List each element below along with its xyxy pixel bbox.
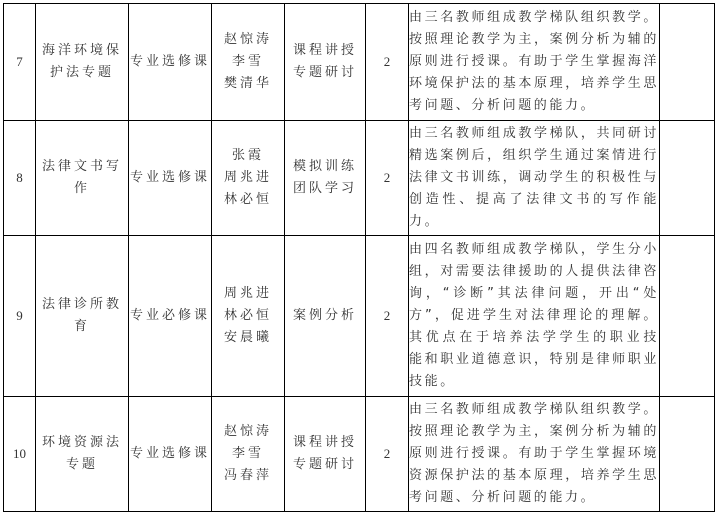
teaching-method: 课程讲授 <box>285 40 365 62</box>
teaching-method: 专题研讨 <box>285 454 365 476</box>
course-name-cell: 法律文书写 作 <box>36 121 129 236</box>
teacher-name: 李雪 <box>212 443 284 465</box>
credit: 2 <box>366 121 409 236</box>
description-line: 其优点在于培养法学学生的职业技 <box>409 327 659 349</box>
teaching-method: 专题研讨 <box>285 62 365 84</box>
course-name: 海洋环境保 <box>36 40 128 62</box>
course-name: 护法专题 <box>36 62 128 84</box>
description-cell: 由三名教师组成教学梯队，共同研讨 精选案例后，组织学生通过案情进行 法律文书训练… <box>409 121 660 236</box>
course-name-cell: 法律诊所教 育 <box>36 236 129 397</box>
course-name-cell: 环境资源法 专题 <box>36 397 129 512</box>
course-name: 作 <box>36 178 128 200</box>
description-line: 由三名教师组成教学梯队组织教学。 <box>409 7 659 29</box>
teaching-method: 案例分析 <box>285 305 365 327</box>
note-cell <box>660 121 715 236</box>
teacher-name: 樊清华 <box>212 73 284 95</box>
teaching-method-cell: 案例分析 <box>285 236 366 397</box>
course-name: 环境资源法 <box>36 432 128 454</box>
teacher-name: 周兆进 <box>212 283 284 305</box>
teaching-method: 团队学习 <box>285 178 365 200</box>
description-line: 考问题、分析问题的能力。 <box>409 487 659 509</box>
teachers-cell: 周兆进 林必恒 安晨曦 <box>212 236 285 397</box>
teacher-name: 冯春萍 <box>212 465 284 487</box>
course-type: 专业选修课 <box>129 121 212 236</box>
description-cell: 由四名教师组成教学梯队，学生分小 组，对需要法律援助的人提供法律咨 询，“诊断”… <box>409 236 660 397</box>
description-line: 资源保护法的基本原理，培养学生思 <box>409 465 659 487</box>
description-cell: 由三名教师组成教学梯队组织教学。 按照理论教学为主，案例分析为辅的 原则进行授课… <box>409 4 660 121</box>
row-number: 7 <box>4 4 36 121</box>
teacher-name: 赵惊涛 <box>212 29 284 51</box>
teaching-method-cell: 课程讲授 专题研讨 <box>285 397 366 512</box>
description-line: 由三名教师组成教学梯队，共同研讨 <box>409 123 659 145</box>
teacher-name: 赵惊涛 <box>212 421 284 443</box>
description-line: 原则进行授课。有助于学生掌握环境 <box>409 443 659 465</box>
teacher-name: 林必恒 <box>212 189 284 211</box>
teaching-method-cell: 课程讲授 专题研讨 <box>285 4 366 121</box>
row-number: 8 <box>4 121 36 236</box>
description-line: 询，“诊断”其法律问题，开出“处 <box>409 283 659 305</box>
course-name: 育 <box>36 316 128 338</box>
description-line: 组，对需要法律援助的人提供法律咨 <box>409 261 659 283</box>
description-line: 法律文书训练，调动学生的积极性与 <box>409 167 659 189</box>
table-row: 9 法律诊所教 育 专业必修课 周兆进 林必恒 安晨曦 案例分析 2 由四名教师… <box>4 236 715 397</box>
teacher-name: 李雪 <box>212 51 284 73</box>
note-cell <box>660 236 715 397</box>
description-line: 精选案例后，组织学生通过案情进行 <box>409 145 659 167</box>
description-line: 技能。 <box>409 371 659 393</box>
teachers-cell: 赵惊涛 李雪 樊清华 <box>212 4 285 121</box>
course-table: 7 海洋环境保 护法专题 专业选修课 赵惊涛 李雪 樊清华 课程讲授 专题研讨 … <box>3 3 715 512</box>
row-number: 9 <box>4 236 36 397</box>
description-line: 按照理论教学为主，案例分析为辅的 <box>409 29 659 51</box>
teaching-method-cell: 模拟训练 团队学习 <box>285 121 366 236</box>
course-name: 法律文书写 <box>36 156 128 178</box>
description-line: 方”，促进学生对法律理论的理解。 <box>409 305 659 327</box>
description-line: 原则进行授课。有助于学生掌握海洋 <box>409 51 659 73</box>
table-row: 10 环境资源法 专题 专业选修课 赵惊涛 李雪 冯春萍 课程讲授 专题研讨 2… <box>4 397 715 512</box>
teacher-name: 张霞 <box>212 145 284 167</box>
credit: 2 <box>366 236 409 397</box>
description-line: 由四名教师组成教学梯队，学生分小 <box>409 239 659 261</box>
description-line: 能和职业道德意识，特别是律师职业 <box>409 349 659 371</box>
credit: 2 <box>366 4 409 121</box>
description-line: 按照理论教学为主，案例分析为辅的 <box>409 421 659 443</box>
description-line: 创造性、提高了法律文书的写作能 <box>409 189 659 211</box>
note-cell <box>660 4 715 121</box>
teaching-method: 课程讲授 <box>285 432 365 454</box>
course-name: 专题 <box>36 454 128 476</box>
course-name-cell: 海洋环境保 护法专题 <box>36 4 129 121</box>
description-line: 环境保护法的基本原理，培养学生思 <box>409 73 659 95</box>
teaching-method: 模拟训练 <box>285 156 365 178</box>
description-line: 力。 <box>409 211 659 233</box>
teacher-name: 安晨曦 <box>212 327 284 349</box>
description-line: 考问题、分析问题的能力。 <box>409 95 659 117</box>
teachers-cell: 张霞 周兆进 林必恒 <box>212 121 285 236</box>
description-line: 由三名教师组成教学梯队组织教学。 <box>409 399 659 421</box>
row-number: 10 <box>4 397 36 512</box>
credit: 2 <box>366 397 409 512</box>
course-name: 法律诊所教 <box>36 294 128 316</box>
teachers-cell: 赵惊涛 李雪 冯春萍 <box>212 397 285 512</box>
teacher-name: 周兆进 <box>212 167 284 189</box>
note-cell <box>660 397 715 512</box>
teacher-name: 林必恒 <box>212 305 284 327</box>
course-type: 专业必修课 <box>129 236 212 397</box>
table-row: 8 法律文书写 作 专业选修课 张霞 周兆进 林必恒 模拟训练 团队学习 2 由… <box>4 121 715 236</box>
course-type: 专业选修课 <box>129 4 212 121</box>
description-cell: 由三名教师组成教学梯队组织教学。 按照理论教学为主，案例分析为辅的 原则进行授课… <box>409 397 660 512</box>
course-type: 专业选修课 <box>129 397 212 512</box>
table-row: 7 海洋环境保 护法专题 专业选修课 赵惊涛 李雪 樊清华 课程讲授 专题研讨 … <box>4 4 715 121</box>
